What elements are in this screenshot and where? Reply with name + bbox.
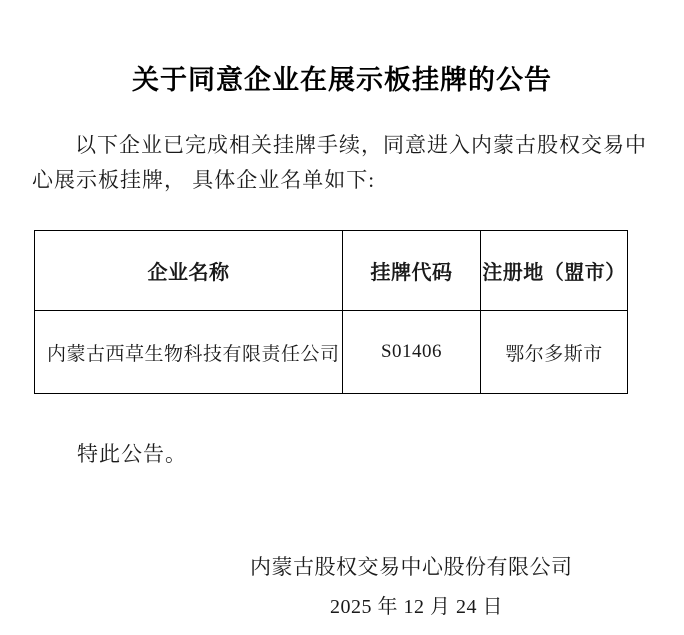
cell-listing-code: S01406 <box>343 311 481 394</box>
table-row: 内蒙古西草生物科技有限责任公司 S01406 鄂尔多斯市 <box>35 311 628 394</box>
signature-date: 2025 年 12 月 24 日 <box>330 590 503 619</box>
closing-statement: 特此公告。 <box>77 438 187 468</box>
table-header-row: 企业名称 挂牌代码 注册地（盟市） <box>35 231 628 311</box>
cell-company-name: 内蒙古西草生物科技有限责任公司 <box>35 311 343 394</box>
cell-registration-city: 鄂尔多斯市 <box>481 311 628 394</box>
header-company-name: 企业名称 <box>35 231 343 311</box>
intro-paragraph: 以下企业已完成相关挂牌手续，同意进入内蒙古股权交易中 心展示板挂牌， 具体企业名… <box>32 128 654 198</box>
header-listing-code: 挂牌代码 <box>343 231 481 311</box>
intro-paragraph-line1: 以下企业已完成相关挂牌手续，同意进入内蒙古股权交易中 <box>32 128 654 163</box>
page-title: 关于同意企业在展示板挂牌的公告 <box>0 58 684 97</box>
intro-paragraph-line2: 心展示板挂牌， 具体企业名单如下: <box>32 163 654 198</box>
announcement-page: 关于同意企业在展示板挂牌的公告 以下企业已完成相关挂牌手续，同意进入内蒙古股权交… <box>0 0 684 635</box>
listing-table: 企业名称 挂牌代码 注册地（盟市） 内蒙古西草生物科技有限责任公司 S01406… <box>34 230 628 394</box>
signature-company: 内蒙古股权交易中心股份有限公司 <box>250 551 573 581</box>
header-registration-city: 注册地（盟市） <box>481 231 628 311</box>
